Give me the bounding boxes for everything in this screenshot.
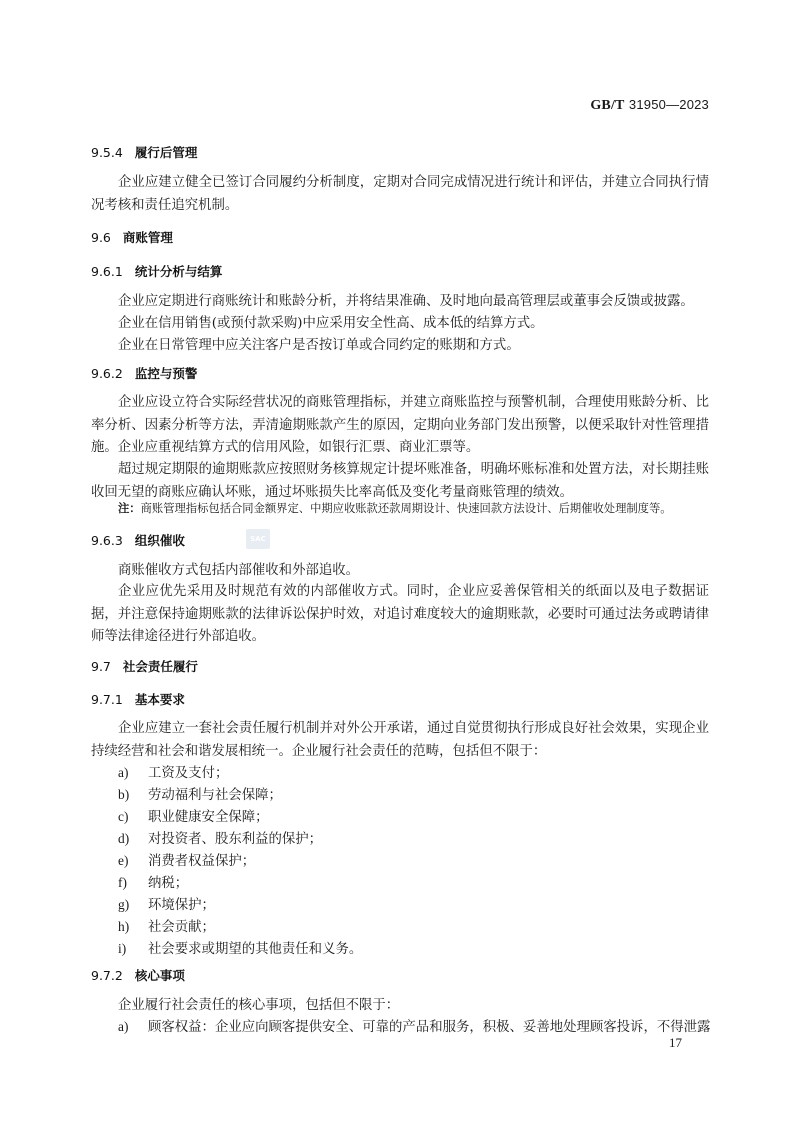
paragraph: 企业应优先采用及时规范有效的内部催收方式。同时，企业应妥善保管相关的纸面以及电子…	[91, 581, 709, 649]
list-marker: c)	[118, 809, 148, 825]
section-heading-9-7: 9.7社会责任履行	[91, 657, 198, 675]
section-title: 核心事项	[135, 968, 185, 983]
section-heading-9-6: 9.6商账管理	[91, 228, 173, 246]
list-item: h)社会贡献；	[118, 916, 215, 935]
list-marker: g)	[118, 897, 148, 913]
list-item: c)职业健康安全保障；	[118, 806, 269, 825]
list-marker: a)	[118, 1019, 148, 1035]
paragraph: 企业应建立一套社会责任履行机制并对外公开承诺，通过自觉贯彻执行形成良好社会效果，…	[91, 718, 709, 763]
section-title: 统计分析与结算	[135, 264, 223, 279]
paragraph: 企业在日常管理中应关注客户是否按订单或合同约定的账期和方式。	[118, 334, 736, 353]
section-title: 履行后管理	[135, 145, 198, 160]
section-title: 社会责任履行	[123, 659, 198, 674]
list-item: a)顾客权益：企业应向顾客提供安全、可靠的产品和服务，积极、妥善地处理顾客投诉，…	[118, 1016, 710, 1035]
section-number: 9.6.3	[91, 533, 123, 548]
list-marker: d)	[118, 831, 148, 847]
list-text: 工资及支付；	[148, 766, 228, 781]
list-marker: a)	[118, 765, 148, 781]
paragraph: 企业应定期进行商账统计和账龄分析，并将结果准确、及时地向最高管理层或董事会反馈或…	[118, 290, 736, 309]
list-item: i)社会要求或期望的其他责任和义务。	[118, 938, 362, 957]
standard-number: 31950—2023	[629, 97, 709, 112]
section-heading-9-7-2: 9.7.2核心事项	[91, 966, 185, 984]
list-text: 职业健康安全保障；	[148, 810, 269, 825]
paragraph: 企业在信用销售(或预付款采购)中应采用安全性高、成本低的结算方式。	[118, 312, 736, 331]
list-item: e)消费者权益保护；	[118, 850, 255, 869]
sac-watermark-logo: SAC	[246, 529, 270, 549]
list-text: 纳税；	[148, 876, 188, 891]
section-heading-9-6-2: 9.6.2监控与预警	[91, 364, 197, 382]
paragraph: 企业应建立健全已签订合同履约分析制度，定期对合同完成情况进行统计和评估，并建立合…	[91, 172, 709, 217]
paragraph: 企业应设立符合实际经营状况的商账管理指标，并建立商账监控与预警机制，合理使用账龄…	[91, 392, 709, 460]
section-number: 9.7.1	[91, 692, 123, 707]
list-marker: e)	[118, 853, 148, 869]
section-number: 9.7	[91, 659, 111, 674]
section-heading-9-6-1: 9.6.1统计分析与结算	[91, 262, 222, 280]
section-title: 组织催收	[135, 533, 185, 548]
standard-prefix: GB/T	[590, 98, 624, 113]
section-number: 9.6.1	[91, 264, 123, 279]
paragraph: 企业履行社会责任的核心事项，包括但不限于：	[118, 994, 736, 1013]
list-text: 社会贡献；	[148, 920, 215, 935]
section-number: 9.7.2	[91, 968, 123, 983]
section-title: 基本要求	[135, 692, 185, 707]
list-item: d)对投资者、股东利益的保护；	[118, 828, 322, 847]
list-item: a)工资及支付；	[118, 762, 228, 781]
document-page: GB/T 31950—2023 9.5.4履行后管理 企业应建立健全已签订合同履…	[0, 0, 794, 1123]
list-marker: f)	[118, 875, 148, 891]
list-text: 消费者权益保护；	[148, 854, 255, 869]
section-number: 9.6	[91, 230, 111, 245]
section-heading-9-7-1: 9.7.1基本要求	[91, 690, 185, 708]
standard-code: GB/T 31950—2023	[590, 97, 709, 114]
paragraph: 商账催收方式包括内部催收和外部追收。	[118, 559, 736, 578]
list-text: 劳动福利与社会保障；	[148, 788, 282, 803]
list-text: 环境保护；	[148, 898, 215, 913]
note-text: 商账管理指标包括合同金额界定、中期应收账款还款周期设计、快速回款方法设计、后期催…	[141, 502, 672, 515]
list-marker: i)	[118, 941, 148, 957]
section-heading-9-6-3: 9.6.3组织催收	[91, 531, 185, 549]
list-item: f)纳税；	[118, 872, 188, 891]
note: 注：商账管理指标包括合同金额界定、中期应收账款还款周期设计、快速回款方法设计、后…	[118, 500, 672, 516]
page-number: 17	[669, 1035, 682, 1051]
list-marker: b)	[118, 787, 148, 803]
list-text: 顾客权益：企业应向顾客提供安全、可靠的产品和服务，积极、妥善地处理顾客投诉，不得…	[148, 1020, 710, 1035]
paragraph: 超过规定期限的逾期账款应按照财务核算规定计提坏账准备，明确坏账标准和处置方法，对…	[91, 459, 709, 504]
list-item: g)环境保护；	[118, 894, 215, 913]
list-text: 对投资者、股东利益的保护；	[148, 832, 322, 847]
section-title: 商账管理	[123, 230, 173, 245]
section-heading-9-5-4: 9.5.4履行后管理	[91, 143, 197, 161]
list-marker: h)	[118, 919, 148, 935]
section-number: 9.6.2	[91, 366, 123, 381]
note-label: 注：	[118, 502, 141, 515]
section-title: 监控与预警	[135, 366, 198, 381]
list-item: b)劳动福利与社会保障；	[118, 784, 282, 803]
section-number: 9.5.4	[91, 145, 123, 160]
list-text: 社会要求或期望的其他责任和义务。	[148, 942, 362, 957]
